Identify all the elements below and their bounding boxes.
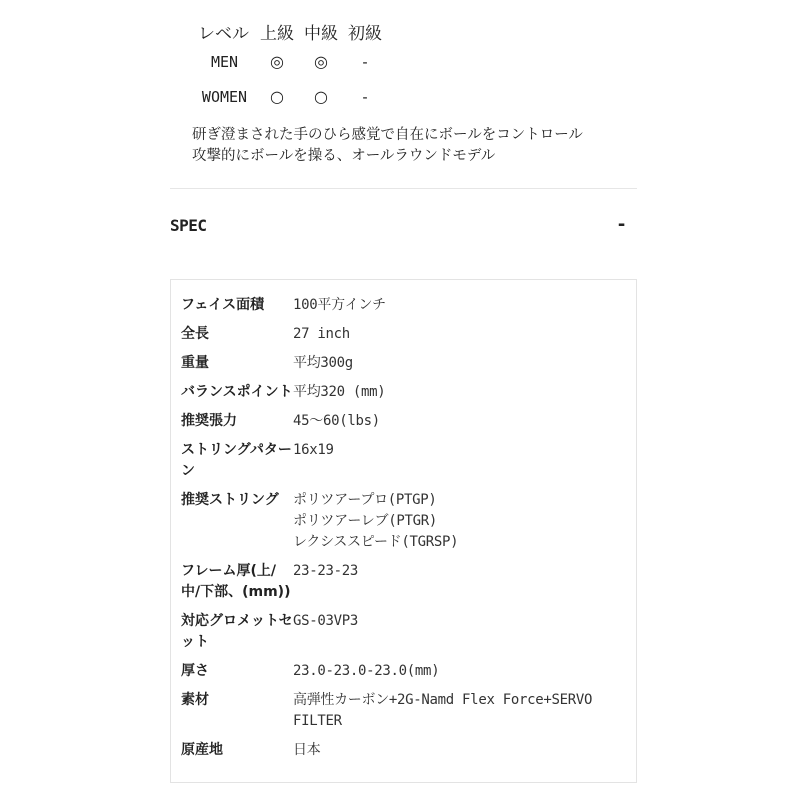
spec-value: 高弾性カーボン+2G-Namd Flex Force+SERVO FILTER — [293, 690, 636, 740]
spec-value-line: ポリツアーレブ(PTGR) — [293, 511, 636, 532]
spec-value: 23-23-23 — [293, 561, 636, 611]
spec-row: 全長 27 inch — [181, 324, 636, 353]
spec-value: 平均320 (mm) — [293, 382, 636, 411]
spec-key: 厚さ — [181, 661, 293, 690]
spec-value-line: 100平方インチ — [293, 295, 636, 316]
spec-title: SPEC — [170, 216, 207, 235]
spec-row: 厚さ 23.0-23.0-23.0(mm) — [181, 661, 636, 690]
spec-row: 素材 高弾性カーボン+2G-Namd Flex Force+SERVO FILT… — [181, 690, 636, 740]
spec-accordion-header[interactable]: SPEC - — [170, 212, 637, 242]
spec-row: 推奨ストリング ポリツアープロ(PTGP) ポリツアーレブ(PTGR) レクシス… — [181, 490, 636, 561]
spec-row: フレーム厚(上/中/下部、(mm)) 23-23-23 — [181, 561, 636, 611]
spec-value: GS-03VP3 — [293, 611, 636, 661]
spec-value-line: ポリツアープロ(PTGP) — [293, 490, 636, 511]
spec-value-line: 平均320 (mm) — [293, 382, 636, 403]
spec-key: 対応グロメットセット — [181, 611, 293, 661]
spec-panel: フェイス面積 100平方インチ 全長 27 inch 重量 平均300g バラン… — [170, 279, 637, 783]
spec-row: 推奨張力 45～60(lbs) — [181, 411, 636, 440]
level-header-advanced: 上級 — [255, 18, 299, 44]
spec-value-line: GS-03VP3 — [293, 611, 636, 632]
section-divider — [170, 188, 637, 189]
spec-row: 対応グロメットセット GS-03VP3 — [181, 611, 636, 661]
double-circle-icon: ◎ — [299, 44, 343, 79]
spec-key: バランスポイント — [181, 382, 293, 411]
spec-value: 日本 — [293, 740, 636, 769]
spec-key: 推奨ストリング — [181, 490, 293, 561]
double-circle-icon: ◎ — [255, 44, 299, 79]
spec-key: ストリングパターン — [181, 440, 293, 490]
level-row-label: WOMEN — [194, 79, 255, 114]
spec-value: 16x19 — [293, 440, 636, 490]
spec-key: 推奨張力 — [181, 411, 293, 440]
level-row-men: MEN ◎ ◎ - — [194, 44, 387, 79]
spec-value: ポリツアープロ(PTGP) ポリツアーレブ(PTGR) レクシススピード(TGR… — [293, 490, 636, 561]
spec-key: 全長 — [181, 324, 293, 353]
product-description: 研ぎ澄まされた手のひら感覚で自在にボールをコントロール 攻撃的にボールを操る、オ… — [192, 125, 583, 167]
level-table-header: レベル 上級 中級 初級 — [194, 18, 387, 44]
spec-row: バランスポイント 平均320 (mm) — [181, 382, 636, 411]
spec-row: 原産地 日本 — [181, 740, 636, 769]
circle-icon: ○ — [255, 79, 299, 114]
spec-value-line: 平均300g — [293, 353, 636, 374]
level-table: レベル 上級 中級 初級 MEN ◎ ◎ - WOMEN ○ ○ - — [194, 18, 387, 114]
spec-value: 100平方インチ — [293, 295, 636, 324]
spec-row: 重量 平均300g — [181, 353, 636, 382]
spec-value-line: レクシススピード(TGRSP) — [293, 532, 636, 553]
dash-mark: - — [343, 79, 387, 114]
spec-value: 45～60(lbs) — [293, 411, 636, 440]
spec-value-line: 23-23-23 — [293, 561, 636, 582]
circle-icon: ○ — [299, 79, 343, 114]
spec-key: フェイス面積 — [181, 295, 293, 324]
spec-value-line: 高弾性カーボン+2G-Namd Flex Force+SERVO FILTER — [293, 690, 636, 732]
description-line: 攻撃的にボールを操る、オールラウンドモデル — [192, 146, 583, 167]
spec-key: フレーム厚(上/中/下部、(mm)) — [181, 561, 293, 611]
spec-value-line: 日本 — [293, 740, 636, 761]
level-header-intermediate: 中級 — [299, 18, 343, 44]
spec-value-line: 16x19 — [293, 440, 636, 461]
spec-value-line: 23.0-23.0-23.0(mm) — [293, 661, 636, 682]
dash-mark: - — [343, 44, 387, 79]
spec-value-line: 45～60(lbs) — [293, 411, 636, 432]
level-row-label: MEN — [194, 44, 255, 79]
level-header-label: レベル — [194, 18, 255, 44]
level-header-beginner: 初級 — [343, 18, 387, 44]
level-row-women: WOMEN ○ ○ - — [194, 79, 387, 114]
spec-value: 23.0-23.0-23.0(mm) — [293, 661, 636, 690]
spec-key: 原産地 — [181, 740, 293, 769]
spec-key: 重量 — [181, 353, 293, 382]
spec-row: フェイス面積 100平方インチ — [181, 295, 636, 324]
spec-value: 平均300g — [293, 353, 636, 382]
spec-table: フェイス面積 100平方インチ 全長 27 inch 重量 平均300g バラン… — [181, 295, 636, 769]
collapse-toggle-icon[interactable]: - — [616, 214, 627, 235]
description-line: 研ぎ澄まされた手のひら感覚で自在にボールをコントロール — [192, 125, 583, 146]
spec-value: 27 inch — [293, 324, 636, 353]
spec-key: 素材 — [181, 690, 293, 740]
spec-value-line: 27 inch — [293, 324, 636, 345]
spec-row: ストリングパターン 16x19 — [181, 440, 636, 490]
